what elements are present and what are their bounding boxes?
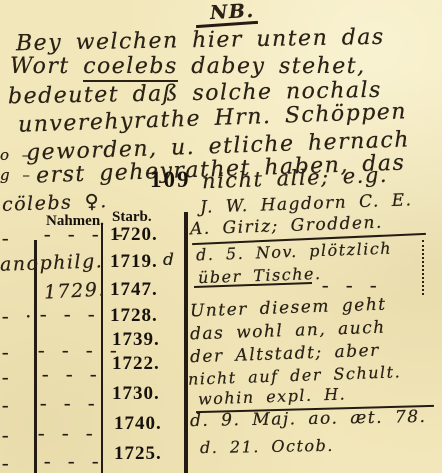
nahmen-row-dashes-7: – – – <box>44 455 103 470</box>
margin-tick-2: – · <box>2 310 35 325</box>
line2-prefix: Wort <box>10 54 83 79</box>
nahmen-row-dashes-5: – – – <box>40 397 99 412</box>
manuscript-line-2: Wort coelebs dabey stehet, <box>10 54 366 79</box>
year-cell-1728: 1728. <box>110 305 158 327</box>
year-cell-1725: 1725. <box>114 443 162 465</box>
nahmen-row-dashes-4: – – – <box>42 368 101 383</box>
manuscript-line-8-coelebs: cölebs ♀. <box>2 190 108 216</box>
annotation-line-9: d. 9. Maj. ao. æt. 78. <box>190 407 427 431</box>
nahmen-row-year-entry: 1729. <box>43 278 106 303</box>
annotation-trailing-dashes: – – – <box>322 279 381 294</box>
nahmen-row-dashes-3: – – – – <box>38 344 121 359</box>
annotation-line-5: das wohl an, auch <box>190 318 386 345</box>
margin-tick-5: – <box>2 399 13 414</box>
year-cell-1740: 1740. <box>114 413 162 435</box>
margin-tick-7: – <box>2 457 13 472</box>
year-1719-hand-suffix: d <box>163 250 175 270</box>
year-cell-1722: 1722. <box>112 353 160 375</box>
nahmen-row-name-entry: anophilg. <box>0 250 104 276</box>
manuscript-line-7: nicht alle; e.g. <box>202 163 389 193</box>
annotation-line-10: d. 21. Octob. <box>200 436 334 457</box>
year-cell-1730: 1730. <box>112 383 160 405</box>
table-rule-vertical-right <box>184 212 188 473</box>
manuscript-line-1: Bey welchen hier unten das <box>16 25 385 56</box>
line2-suffix: dabey stehet, <box>178 54 366 79</box>
margin-tick-4: – <box>2 371 13 386</box>
line2-underlined-word: coelebs <box>83 54 178 82</box>
year-cell-1719: 1719. <box>110 251 158 273</box>
table-rule-vertical-left <box>34 240 37 473</box>
margin-tick-1: – <box>2 232 13 247</box>
nahmen-row-dashes-2: – – – <box>40 308 99 323</box>
manuscript-scan: NB. Bey welchen hier unten das Wort coel… <box>0 0 442 473</box>
margin-tick-6: – <box>2 429 13 444</box>
year-cell-1739: 1739. <box>112 329 160 351</box>
margin-fragment-2: g – <box>0 166 31 184</box>
annotation-line-4: Unter diesem geht <box>190 295 387 322</box>
year-cell-1720: 1720. <box>110 224 158 246</box>
margin-tick-3: – <box>2 346 13 361</box>
nahmen-row-dashes-6: – – – <box>38 427 97 442</box>
year-cell-1747: 1747. <box>110 279 158 301</box>
printed-number-109: 109 <box>150 167 191 193</box>
margin-fragment-1: o – <box>0 146 31 164</box>
annotation-line-8: wohin expl. H. <box>198 384 347 408</box>
